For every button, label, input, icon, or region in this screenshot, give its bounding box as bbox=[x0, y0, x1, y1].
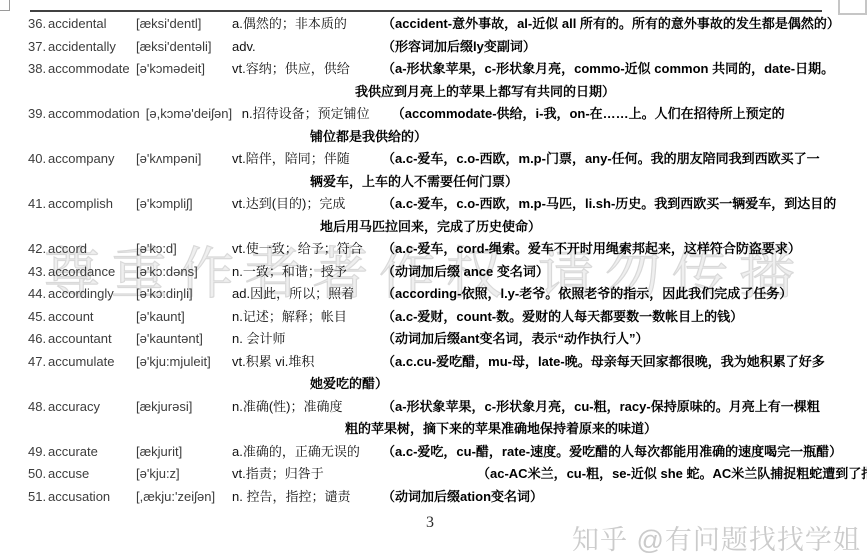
entry-mnemonic-continuation: 铺位都是我供给的） bbox=[310, 126, 846, 149]
vocab-entry: 49. accurate [ækjurit] a.准确的，正确无误的 （a.c-… bbox=[28, 441, 846, 464]
entry-number: 48. bbox=[28, 396, 48, 419]
entry-mnemonic: （a-形状象苹果，c-形状象月亮，cu-粗，racy-保持原味的。月亮上有一棵粗 bbox=[382, 396, 820, 419]
entry-mnemonic: （according-依照，l.y-老爷。依照老爷的指示，因此我们完成了任务） bbox=[382, 283, 792, 306]
entry-mnemonic: （a.c-爱财，count-数。爱财的人每天都要数一数帐目上的钱） bbox=[382, 306, 743, 329]
entry-word: accompany bbox=[48, 148, 136, 171]
entry-number: 41. bbox=[28, 193, 48, 216]
vocab-entry: 42. accord [ə'kɔ:d] vt.使一致；给予；符合 （a.c-爱车… bbox=[28, 238, 846, 261]
entry-definition: a.偶然的；非本质的 bbox=[232, 13, 382, 36]
entry-mnemonic: （形容词加后缀ly变副词） bbox=[382, 36, 536, 59]
entry-phonetic: [ækjurəsi] bbox=[136, 396, 232, 419]
entry-phonetic: [ə'kɔ:diŋli] bbox=[136, 283, 232, 306]
vocab-entry-main-line: 47. accumulate [ə'kju:mjuleit] vt.积累 vi.… bbox=[28, 351, 846, 374]
entry-definition: ad.因此，所以；照着 bbox=[232, 283, 382, 306]
entry-word: accuracy bbox=[48, 396, 136, 419]
entry-number: 43. bbox=[28, 261, 48, 284]
entry-definition: n. 控告，指控；谴责 bbox=[232, 486, 382, 509]
vocab-entry: 48. accuracy [ækjurəsi] n.准确(性)；准确度 （a-形… bbox=[28, 396, 846, 441]
vocab-entry: 46. accountant [ə'kauntənt] n. 会计师 （动词加后… bbox=[28, 328, 846, 351]
entry-number: 36. bbox=[28, 13, 48, 36]
entry-mnemonic-continuation: 她爱吃的醋） bbox=[310, 373, 846, 396]
entry-definition: n.一致；和谐；授予 bbox=[232, 261, 382, 284]
entry-word: accomplish bbox=[48, 193, 136, 216]
entry-phonetic: [æksi'dentl] bbox=[136, 13, 232, 36]
entry-mnemonic-continuation: 我供应到月亮上的苹果上都写有共同的日期） bbox=[355, 81, 846, 104]
entry-definition: vt.积累 vi.堆积 bbox=[232, 351, 382, 374]
vocab-list: 36. accidental [æksi'dentl] a.偶然的；非本质的 （… bbox=[28, 13, 846, 508]
entry-word: accuse bbox=[48, 463, 136, 486]
entry-number: 37. bbox=[28, 36, 48, 59]
entry-mnemonic: （a.c-爱车，c.o-西欧，m.p-门票，any-任何。我的朋友陪同我到西欧买… bbox=[382, 148, 820, 171]
entry-word: accurate bbox=[48, 441, 136, 464]
entry-phonetic: [ə'kɔmədeit] bbox=[136, 58, 232, 81]
vocab-entry-main-line: 49. accurate [ækjurit] a.准确的，正确无误的 （a.c-… bbox=[28, 441, 846, 464]
entry-word: accountant bbox=[48, 328, 136, 351]
entry-word: accommodate bbox=[48, 58, 136, 81]
entry-definition: vt.容纳；供应，供给 bbox=[232, 58, 382, 81]
entry-word: accidental bbox=[48, 13, 136, 36]
entry-number: 39. bbox=[28, 103, 48, 126]
entry-mnemonic: （a-形状象苹果，c-形状象月亮，commo-近似 common 共同的，dat… bbox=[382, 58, 834, 81]
vocab-entry-main-line: 36. accidental [æksi'dentl] a.偶然的；非本质的 （… bbox=[28, 13, 846, 36]
vocab-entry-main-line: 51. accusation [,ækju:'zeiʃən] n. 控告，指控；… bbox=[28, 486, 846, 509]
entry-number: 51. bbox=[28, 486, 48, 509]
vocab-entry: 40. accompany [ə'kʌmpəni] vt.陪伴，陪同；伴随 （a… bbox=[28, 148, 846, 193]
entry-number: 38. bbox=[28, 58, 48, 81]
entry-mnemonic: （ac-AC米兰，cu-粗，se-近似 she 蛇。AC米兰队捕捉粗蛇遭到了指责… bbox=[477, 463, 867, 486]
vocab-entry-main-line: 46. accountant [ə'kauntənt] n. 会计师 （动词加后… bbox=[28, 328, 846, 351]
entry-mnemonic: （动词加后缀ation变名词） bbox=[382, 486, 543, 509]
entry-phonetic: [ə'kju:z] bbox=[136, 463, 232, 486]
entry-mnemonic: （a.c-爱吃，cu-醋，rate-速度。爱吃醋的人每次都能用准确的速度喝完一瓶… bbox=[382, 441, 842, 464]
entry-mnemonic: （accommodate-供给，i-我，on-在……上。人们在招待所上预定的 bbox=[392, 103, 785, 126]
entry-number: 46. bbox=[28, 328, 48, 351]
vocab-entry-main-line: 45. account [ə'kaunt] n.记述；解释；帐目 （a.c-爱财… bbox=[28, 306, 846, 329]
entry-definition: vt.达到(目的)；完成 bbox=[232, 193, 382, 216]
entry-word: accusation bbox=[48, 486, 136, 509]
entry-mnemonic-continuation: 辆爱车，上车的人不需要任何门票） bbox=[310, 171, 846, 194]
entry-phonetic: [ə'kɔ:d] bbox=[136, 238, 232, 261]
entry-phonetic: [ə'kju:mjuleit] bbox=[136, 351, 232, 374]
entry-number: 50. bbox=[28, 463, 48, 486]
entry-word: accord bbox=[48, 238, 136, 261]
entry-number: 49. bbox=[28, 441, 48, 464]
entry-number: 42. bbox=[28, 238, 48, 261]
vocab-entry: 38. accommodate [ə'kɔmədeit] vt.容纳；供应，供给… bbox=[28, 58, 846, 103]
vocab-entry: 44. accordingly [ə'kɔ:diŋli] ad.因此，所以；照着… bbox=[28, 283, 846, 306]
zhihu-watermark: 知乎 @有问题找找学姐 bbox=[572, 518, 861, 557]
entry-mnemonic: （a.c-爱车，c.o-西欧，m.p-马匹，li.sh-历史。我到西欧买一辆爱车… bbox=[382, 193, 836, 216]
vocab-entry-main-line: 44. accordingly [ə'kɔ:diŋli] ad.因此，所以；照着… bbox=[28, 283, 846, 306]
vocab-page: 尊重作者著作权 请勿传播 36. accidental [æksi'dentl]… bbox=[0, 0, 867, 560]
entry-word: accommodation bbox=[48, 103, 146, 126]
vocab-entry-main-line: 41. accomplish [ə'kɔmpliʃ] vt.达到(目的)；完成 … bbox=[28, 193, 846, 216]
entry-phonetic: [ə'kʌmpəni] bbox=[136, 148, 232, 171]
vocab-entry: 43. accordance [ə'kɔ:dəns] n.一致；和谐；授予 （动… bbox=[28, 261, 846, 284]
vocab-entry-main-line: 37. accidentally [æksi'dentəli] adv. （形容… bbox=[28, 36, 846, 59]
entry-number: 44. bbox=[28, 283, 48, 306]
vocab-entry: 36. accidental [æksi'dentl] a.偶然的；非本质的 （… bbox=[28, 13, 846, 36]
vocab-entry: 41. accomplish [ə'kɔmpliʃ] vt.达到(目的)；完成 … bbox=[28, 193, 846, 238]
vocab-entry: 37. accidentally [æksi'dentəli] adv. （形容… bbox=[28, 36, 846, 59]
entry-word: accumulate bbox=[48, 351, 136, 374]
entry-mnemonic-continuation: 粗的苹果树，摘下来的苹果准确地保持着原来的味道） bbox=[345, 418, 846, 441]
entry-definition: n. 会计师 bbox=[232, 328, 382, 351]
entry-definition: vt.指责；归咎于 bbox=[232, 463, 477, 486]
entry-mnemonic: （动词加后缀ant变名词，表示“动作执行人”） bbox=[382, 328, 649, 351]
entry-word: accidentally bbox=[48, 36, 136, 59]
entry-definition: vt.陪伴，陪同；伴随 bbox=[232, 148, 382, 171]
entry-definition: a.准确的，正确无误的 bbox=[232, 441, 382, 464]
entry-word: accordance bbox=[48, 261, 136, 284]
vocab-entry: 50. accuse [ə'kju:z] vt.指责；归咎于 （ac-AC米兰，… bbox=[28, 463, 846, 486]
entry-definition: n.准确(性)；准确度 bbox=[232, 396, 382, 419]
vocab-entry-main-line: 48. accuracy [ækjurəsi] n.准确(性)；准确度 （a-形… bbox=[28, 396, 846, 419]
entry-phonetic: [æksi'dentəli] bbox=[136, 36, 232, 59]
entry-mnemonic: （动词加后缀 ance 变名词） bbox=[382, 261, 549, 284]
vocab-entry-main-line: 50. accuse [ə'kju:z] vt.指责；归咎于 （ac-AC米兰，… bbox=[28, 463, 846, 486]
entry-mnemonic: （a.c-爱车，cord-绳索。爱车不开时用绳索邦起来，这样符合防盗要求） bbox=[382, 238, 801, 261]
entry-phonetic: [,ækju:'zeiʃən] bbox=[136, 486, 232, 509]
entry-phonetic: [ə'kaunt] bbox=[136, 306, 232, 329]
vocab-entry: 39. accommodation [ə,kɔmə'deiʃən] n.招待设备… bbox=[28, 103, 846, 148]
entry-number: 47. bbox=[28, 351, 48, 374]
entry-definition: n.记述；解释；帐目 bbox=[232, 306, 382, 329]
entry-phonetic: [ə'kɔ:dəns] bbox=[136, 261, 232, 284]
vocab-entry: 51. accusation [,ækju:'zeiʃən] n. 控告，指控；… bbox=[28, 486, 846, 509]
entry-word: accordingly bbox=[48, 283, 136, 306]
entry-definition: n.招待设备；预定铺位 bbox=[242, 103, 392, 126]
vocab-entry-main-line: 42. accord [ə'kɔ:d] vt.使一致；给予；符合 （a.c-爱车… bbox=[28, 238, 846, 261]
entry-number: 45. bbox=[28, 306, 48, 329]
vocab-entry-main-line: 39. accommodation [ə,kɔmə'deiʃən] n.招待设备… bbox=[28, 103, 846, 126]
entry-phonetic: [ækjurit] bbox=[136, 441, 232, 464]
top-left-ui-fragment bbox=[0, 0, 10, 11]
vocab-entry: 47. accumulate [ə'kju:mjuleit] vt.积累 vi.… bbox=[28, 351, 846, 396]
vocab-entry-main-line: 40. accompany [ə'kʌmpəni] vt.陪伴，陪同；伴随 （a… bbox=[28, 148, 846, 171]
entry-number: 40. bbox=[28, 148, 48, 171]
entry-phonetic: [ə,kɔmə'deiʃən] bbox=[146, 103, 242, 126]
entry-definition: adv. bbox=[232, 36, 382, 59]
entry-word: account bbox=[48, 306, 136, 329]
entry-phonetic: [ə'kɔmpliʃ] bbox=[136, 193, 232, 216]
entry-mnemonic: （a.c.cu-爱吃醋，mu-母，late-晚。母亲每天回家都很晚，我为她积累了… bbox=[382, 351, 825, 374]
entry-phonetic: [ə'kauntənt] bbox=[136, 328, 232, 351]
vocab-entry-main-line: 43. accordance [ə'kɔ:dəns] n.一致；和谐；授予 （动… bbox=[28, 261, 846, 284]
entry-mnemonic-continuation: 地后用马匹拉回来，完成了历史使命） bbox=[320, 216, 846, 239]
entry-mnemonic: （accident-意外事故，al-近似 all 所有的。所有的意外事故的发生都… bbox=[382, 13, 840, 36]
top-rule bbox=[30, 10, 822, 12]
entry-definition: vt.使一致；给予；符合 bbox=[232, 238, 382, 261]
vocab-entry: 45. account [ə'kaunt] n.记述；解释；帐目 （a.c-爱财… bbox=[28, 306, 846, 329]
vocab-entry-main-line: 38. accommodate [ə'kɔmədeit] vt.容纳；供应，供给… bbox=[28, 58, 846, 81]
